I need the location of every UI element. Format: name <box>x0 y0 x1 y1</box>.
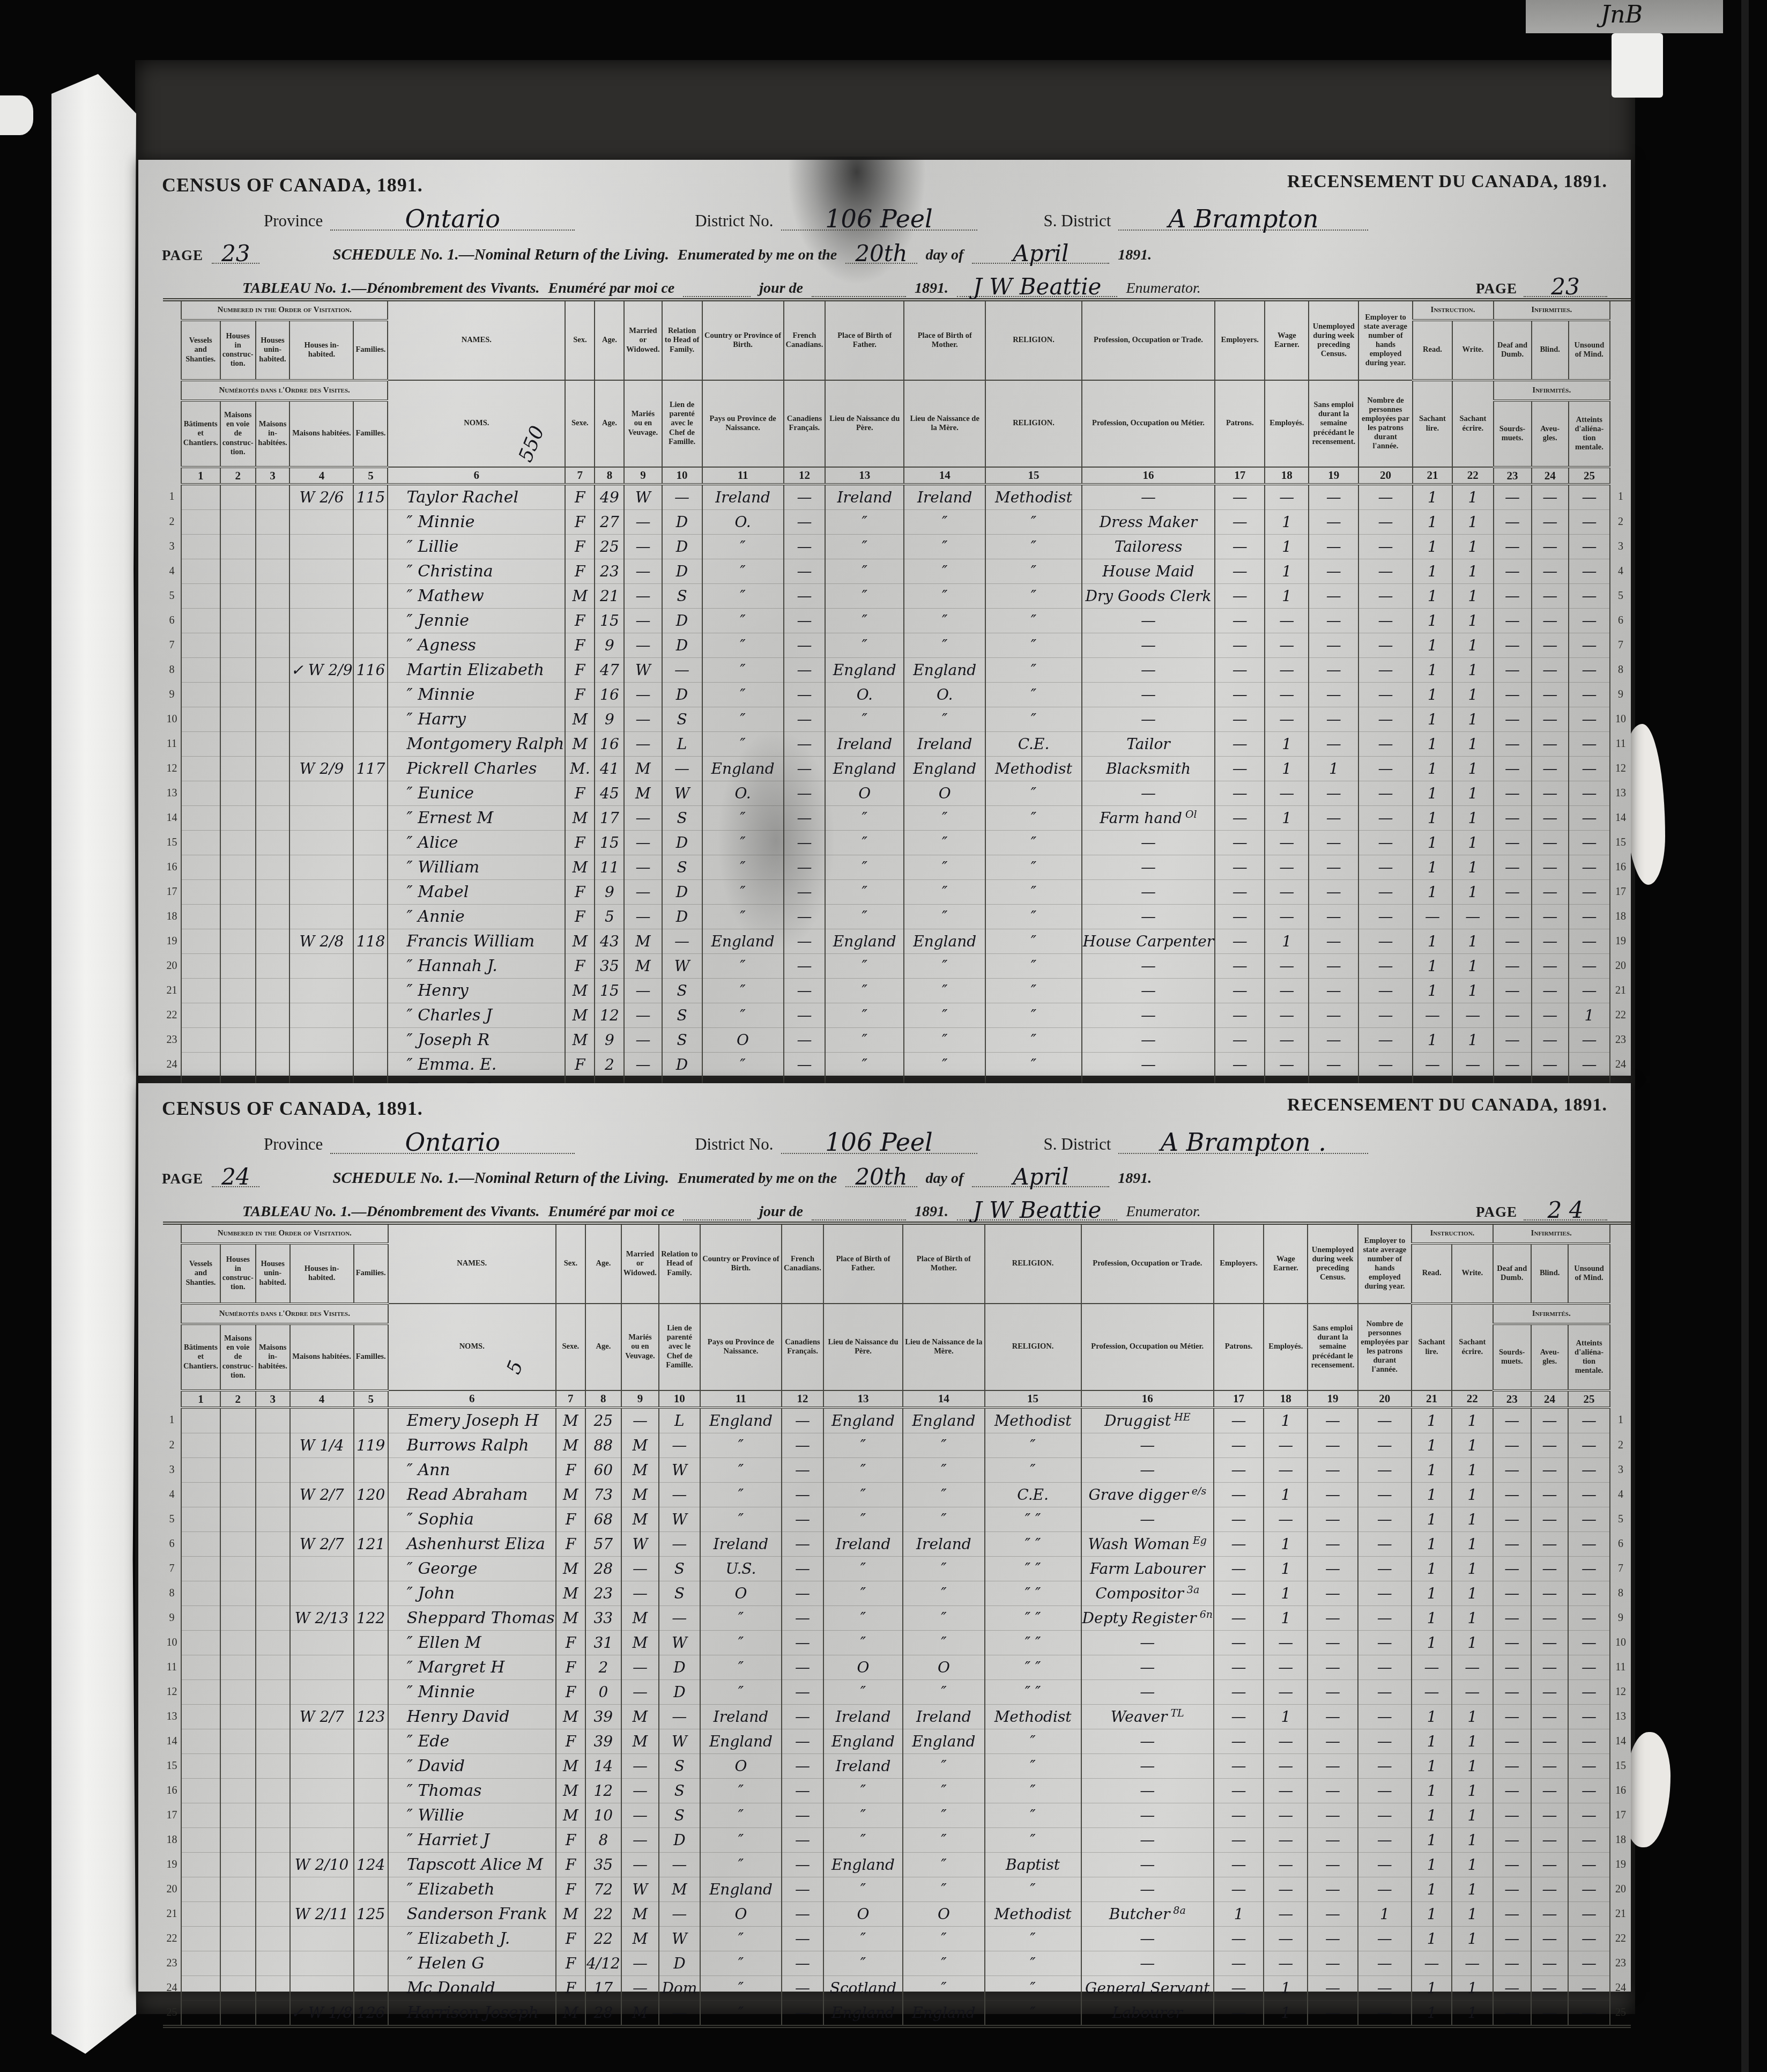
data-cell: — <box>784 510 826 535</box>
data-cell: — <box>624 584 662 609</box>
column-number: 12 <box>782 1390 823 1408</box>
data-cell <box>256 535 290 559</box>
data-cell <box>220 757 256 781</box>
data-cell: Tailor <box>1082 732 1215 757</box>
data-cell <box>290 1828 354 1853</box>
occupation-annotation: 6n <box>1200 1609 1213 1620</box>
data-cell: — <box>1568 1877 1609 1902</box>
data-cell: — <box>1358 707 1412 732</box>
data-cell <box>256 1729 290 1754</box>
data-cell: S <box>662 584 702 609</box>
data-cell: 1 <box>1413 484 1453 510</box>
data-cell: D <box>659 1655 700 1680</box>
column-header: French Canadians. <box>782 1223 823 1304</box>
data-cell: — <box>1493 1433 1531 1458</box>
table-row: 6W 2/7121Ashenhurst ElizaF57W—Ireland—Ir… <box>163 1532 1631 1557</box>
data-cell: ″ <box>823 1557 903 1581</box>
data-cell: ″ <box>702 880 784 905</box>
data-cell: ″ <box>904 633 985 658</box>
data-cell: D <box>662 683 702 707</box>
data-cell <box>256 510 290 535</box>
data-cell: F <box>556 1507 585 1532</box>
page-title-french: RECENSEMENT DU CANADA, 1891. <box>1287 1095 1607 1115</box>
column-header: Country or Province of Birth. <box>702 300 784 380</box>
data-cell: — <box>1569 484 1610 510</box>
data-cell: ″ <box>702 633 784 658</box>
data-cell <box>289 584 353 609</box>
data-cell: — <box>621 1803 659 1828</box>
data-cell: F <box>556 1828 585 1853</box>
data-cell: — <box>784 535 826 559</box>
data-cell: — <box>782 1606 823 1631</box>
data-cell: — <box>1494 1003 1532 1028</box>
data-cell: Ireland <box>903 1705 984 1729</box>
data-cell: 1 <box>1452 1483 1493 1507</box>
data-cell: — <box>1532 484 1569 510</box>
data-cell: — <box>1531 1483 1569 1507</box>
row-number: 14 <box>163 806 181 831</box>
data-cell: — <box>1265 855 1309 880</box>
data-cell: — <box>1215 905 1265 929</box>
data-cell <box>354 1927 388 1951</box>
data-cell: 1 <box>1264 1532 1308 1557</box>
data-cell: ″ <box>985 1053 1082 1077</box>
data-cell <box>220 1951 256 1976</box>
data-cell: 12 <box>585 1779 621 1803</box>
row-number: 19 <box>163 1853 181 1877</box>
data-cell: 72 <box>585 1877 621 1902</box>
data-cell <box>220 510 256 535</box>
data-cell: ✓ W 2/9 <box>289 658 353 683</box>
data-cell <box>353 831 388 855</box>
data-cell <box>181 1729 220 1754</box>
data-cell: England <box>700 1877 782 1902</box>
row-number: 2 <box>1610 1433 1631 1458</box>
data-cell: F <box>565 609 595 633</box>
column-number: 25 <box>1569 467 1610 484</box>
data-cell: — <box>1532 510 1569 535</box>
data-cell: ″ <box>985 1028 1082 1053</box>
data-cell <box>290 1927 354 1951</box>
data-cell: 68 <box>585 1507 621 1532</box>
data-cell: WeaverTL <box>1081 1705 1214 1729</box>
column-header: Place of Birth of Mother. <box>904 300 985 380</box>
data-cell: — <box>1494 880 1532 905</box>
table-row: 17″ MabelF9—D″—″″″—————11———17 <box>163 880 1631 905</box>
column-header-fr: Sachant écrire. <box>1452 1304 1493 1390</box>
name-cell: ″ Eunice <box>388 781 565 806</box>
data-cell <box>256 1507 290 1532</box>
data-cell: — <box>1568 1532 1609 1557</box>
data-cell: England <box>903 2001 984 2027</box>
data-cell: 1 <box>1452 1433 1493 1458</box>
row-number: 5 <box>163 1507 181 1532</box>
data-cell <box>220 1433 256 1458</box>
data-cell: M <box>621 1483 659 1507</box>
column-header: Country or Province of Birth. <box>700 1223 782 1304</box>
name-cell: Montgomery Ralph <box>388 732 565 757</box>
data-cell: M <box>556 1408 585 1433</box>
data-cell <box>353 707 388 732</box>
data-cell <box>181 484 220 510</box>
data-cell: — <box>1308 1581 1357 1606</box>
data-cell: — <box>1215 1053 1265 1077</box>
data-cell: W 2/13 <box>290 1606 354 1631</box>
schedule-title: SCHEDULE No. 1.—Nominal Return of the Li… <box>268 246 669 264</box>
row-number: 12 <box>163 1680 181 1705</box>
data-cell <box>256 732 290 757</box>
data-cell: — <box>1532 1053 1569 1077</box>
data-cell: — <box>1358 1803 1412 1828</box>
data-cell: — <box>1308 1729 1357 1754</box>
film-notch <box>0 95 33 135</box>
data-cell: O <box>904 781 985 806</box>
row-number: 21 <box>1610 1902 1631 1927</box>
data-cell: ″ <box>825 855 904 880</box>
data-cell <box>256 1927 290 1951</box>
data-cell: W 2/8 <box>289 929 353 954</box>
data-cell: — <box>1308 1877 1357 1902</box>
data-cell: — <box>1532 535 1569 559</box>
data-cell: F <box>565 831 595 855</box>
data-cell: — <box>1358 1507 1412 1532</box>
jour-de-label: jour de <box>759 1203 803 1220</box>
data-cell: England <box>702 757 784 781</box>
data-cell: — <box>1493 1853 1531 1877</box>
data-cell: ″ <box>702 683 784 707</box>
data-cell: — <box>1215 954 1265 979</box>
data-cell: 125 <box>354 1902 388 1927</box>
group-visitation-fr: Numérotés dans l'Ordre des Visites. <box>181 1304 388 1324</box>
data-cell: 1 <box>1264 2001 1308 2027</box>
data-cell: D <box>662 559 702 584</box>
data-cell: Ireland <box>702 484 784 510</box>
data-cell <box>289 609 353 633</box>
data-cell: 1 <box>1413 806 1453 831</box>
data-cell: S <box>662 979 702 1003</box>
column-header: Write. <box>1452 1244 1493 1304</box>
data-cell: — <box>784 806 826 831</box>
data-cell: — <box>1082 1028 1215 1053</box>
data-cell: 1 <box>1412 1828 1452 1853</box>
data-cell: Ireland <box>823 1754 903 1779</box>
data-cell: — <box>1358 757 1412 781</box>
data-cell: — <box>1265 609 1309 633</box>
row-number-gutter <box>163 1223 181 1390</box>
data-cell: M <box>565 855 595 880</box>
column-header-fr: Nombre de personnes employées par les pa… <box>1358 380 1412 467</box>
data-cell: — <box>659 1532 700 1557</box>
column-header-fr: Lien de parenté avec le Chef de Famille. <box>659 1304 700 1390</box>
data-cell: — <box>659 1902 700 1927</box>
data-cell <box>220 1803 256 1828</box>
data-cell: — <box>1215 806 1265 831</box>
data-cell: — <box>1309 732 1358 757</box>
data-cell: — <box>1452 1003 1493 1028</box>
data-cell: — <box>784 905 826 929</box>
page-header: CENSUS OF CANADA, 1891. RECENSEMENT DU C… <box>138 1083 1631 1217</box>
data-cell <box>256 559 290 584</box>
data-cell: — <box>1531 1532 1569 1557</box>
data-cell <box>256 1581 290 1606</box>
data-cell: — <box>1413 1003 1453 1028</box>
enumerator-label: Enumerator. <box>1126 280 1200 297</box>
data-cell: M <box>621 1507 659 1532</box>
column-header-fr: NOMS.550 <box>388 380 565 467</box>
data-cell: M <box>659 1877 700 1902</box>
column-header: Sex. <box>556 1223 585 1304</box>
data-cell <box>220 1532 256 1557</box>
data-cell: ″ <box>903 1433 984 1458</box>
data-cell <box>181 1853 220 1877</box>
data-cell: 1 <box>1452 1779 1493 1803</box>
data-cell: 15 <box>595 609 624 633</box>
data-cell: — <box>659 2001 700 2027</box>
column-number: 10 <box>659 1390 700 1408</box>
data-cell: W <box>659 1729 700 1754</box>
column-header: Blind. <box>1531 1244 1569 1304</box>
data-cell: — <box>782 1655 823 1680</box>
data-cell: ″ <box>985 855 1082 880</box>
name-cell: ″ Ann <box>388 1458 556 1483</box>
data-cell: S <box>659 1557 700 1581</box>
data-cell: — <box>624 831 662 855</box>
data-cell: — <box>1531 2001 1569 2027</box>
data-cell <box>353 954 388 979</box>
data-cell <box>256 1532 290 1557</box>
data-cell: — <box>1264 1927 1308 1951</box>
data-cell: — <box>1309 658 1358 683</box>
data-cell: Grave diggere/s <box>1081 1483 1214 1507</box>
data-cell <box>220 1680 256 1705</box>
data-cell: — <box>1264 1680 1308 1705</box>
row-number: 11 <box>1610 732 1631 757</box>
data-cell: Ireland <box>700 1705 782 1729</box>
page-header: CENSUS OF CANADA, 1891. RECENSEMENT DU C… <box>138 160 1631 294</box>
data-cell <box>256 1803 290 1828</box>
data-cell: 1 <box>1413 633 1453 658</box>
data-cell: 1 <box>1413 510 1453 535</box>
row-number: 24 <box>1610 1976 1631 2001</box>
name-cell: ″ Hannah J. <box>388 954 565 979</box>
data-cell: ″ <box>904 559 985 584</box>
data-cell: ″ <box>903 1458 984 1483</box>
data-cell: — <box>1264 1433 1308 1458</box>
data-cell: — <box>624 683 662 707</box>
data-cell: ″ <box>702 535 784 559</box>
row-number: 7 <box>163 1557 181 1581</box>
data-cell: — <box>784 584 826 609</box>
data-cell: 1 <box>1413 831 1453 855</box>
jour-de-label: jour de <box>759 280 803 297</box>
data-cell: D <box>659 1680 700 1705</box>
data-cell: — <box>1494 905 1532 929</box>
data-cell: ″ <box>985 1433 1081 1458</box>
data-cell: — <box>1358 1408 1412 1433</box>
table-row: 8″ JohnM23—SO—″″″ ″Compositor3a—1——11———… <box>163 1581 1631 1606</box>
data-cell: ″ <box>903 1581 984 1606</box>
data-cell: 119 <box>354 1433 388 1458</box>
data-cell: C.E. <box>985 732 1082 757</box>
data-cell: — <box>782 1803 823 1828</box>
data-cell: — <box>1568 1680 1609 1705</box>
data-cell: M <box>556 1557 585 1581</box>
data-cell: — <box>662 929 702 954</box>
data-cell: Methodist <box>985 1705 1081 1729</box>
data-cell: — <box>1532 781 1569 806</box>
column-header: Married or Widowed. <box>624 300 662 380</box>
data-cell: — <box>1264 1729 1308 1754</box>
data-cell: 1 <box>1413 1028 1453 1053</box>
data-cell: — <box>624 732 662 757</box>
data-cell: — <box>1568 1902 1609 1927</box>
data-cell <box>220 609 256 633</box>
data-cell: ″ <box>904 905 985 929</box>
data-cell: — <box>1082 1003 1215 1028</box>
row-number-gutter <box>163 1390 181 1408</box>
data-cell: W 2/10 <box>290 1853 354 1877</box>
data-cell: ″ <box>904 831 985 855</box>
page-number-value-right: 23 <box>1524 278 1607 297</box>
data-cell <box>256 1877 290 1902</box>
data-cell: F <box>565 1053 595 1077</box>
name-cell: ″ Elizabeth J. <box>388 1927 556 1951</box>
row-number: 6 <box>1610 609 1631 633</box>
data-cell: 118 <box>353 929 388 954</box>
data-cell: — <box>624 1028 662 1053</box>
data-cell: M <box>621 1458 659 1483</box>
data-cell: — <box>1531 1927 1569 1951</box>
data-cell: — <box>1531 1951 1569 1976</box>
data-cell: — <box>784 609 826 633</box>
data-cell <box>220 683 256 707</box>
data-cell: — <box>784 658 826 683</box>
column-number: 1 <box>181 467 220 484</box>
data-cell: — <box>662 757 702 781</box>
column-number: 8 <box>595 467 624 484</box>
data-cell: — <box>1214 1433 1264 1458</box>
data-cell: 126 <box>354 2001 388 2027</box>
group-infirmities-en: Infirmities. <box>1493 1223 1610 1244</box>
data-cell <box>220 831 256 855</box>
name-cell: Francis William <box>388 929 565 954</box>
data-cell: — <box>1493 1803 1531 1828</box>
row-number-gutter <box>1610 300 1631 467</box>
data-cell: W 2/7 <box>290 1483 354 1507</box>
row-number: 6 <box>163 609 181 633</box>
data-cell: — <box>1452 1655 1493 1680</box>
column-number: 12 <box>784 467 826 484</box>
data-cell: — <box>1568 1828 1609 1853</box>
table-row: 11Montgomery RalphM16—L″—IrelandIrelandC… <box>163 732 1631 757</box>
data-cell: — <box>1531 1433 1569 1458</box>
data-cell: 9 <box>595 1028 624 1053</box>
column-header: Place of Birth of Mother. <box>903 1223 984 1304</box>
data-cell <box>290 1507 354 1532</box>
data-cell: ″ <box>985 609 1082 633</box>
data-cell: — <box>1082 633 1215 658</box>
data-cell: — <box>1082 781 1215 806</box>
data-cell: F <box>565 633 595 658</box>
data-cell <box>181 1705 220 1729</box>
data-cell: — <box>1358 584 1412 609</box>
data-cell <box>181 1557 220 1581</box>
row-number: 22 <box>163 1003 181 1028</box>
table-row: 22″ Elizabeth J.F22MW″—″″″—————11———22 <box>163 1927 1631 1951</box>
data-cell: — <box>1569 559 1610 584</box>
data-cell: W 2/6 <box>289 484 353 510</box>
row-number: 9 <box>1610 683 1631 707</box>
data-cell: Tailoress <box>1082 535 1215 559</box>
data-cell <box>290 1877 354 1902</box>
column-header: Relation to Head of Family. <box>659 1223 700 1304</box>
data-cell: 1 <box>1452 1902 1493 1927</box>
row-number: 16 <box>1610 1779 1631 1803</box>
data-cell: — <box>1082 609 1215 633</box>
data-cell: — <box>1215 1003 1265 1028</box>
data-cell: — <box>624 609 662 633</box>
data-cell: — <box>1358 633 1412 658</box>
data-cell <box>256 1951 290 1976</box>
row-number: 2 <box>163 510 181 535</box>
data-cell: 124 <box>354 1853 388 1877</box>
data-cell: M <box>621 1631 659 1655</box>
data-cell: — <box>1494 781 1532 806</box>
column-header: Employer to state average number of hand… <box>1358 1223 1412 1304</box>
data-cell: 1 <box>1452 757 1493 781</box>
row-number: 3 <box>1610 1458 1631 1483</box>
table-row: 15″ DavidM14—SO—Ireland″″—————11———15 <box>163 1754 1631 1779</box>
data-cell: — <box>1569 757 1610 781</box>
data-cell: 1 <box>1452 1976 1493 2001</box>
data-cell: ″ <box>702 559 784 584</box>
data-cell: 1 <box>1412 1458 1452 1483</box>
data-cell: — <box>624 535 662 559</box>
data-cell: — <box>1215 683 1265 707</box>
handwritten-scribble: 550 <box>515 423 550 466</box>
data-cell: — <box>1082 658 1215 683</box>
group-infirmities-fr: Infirmités. <box>1493 1304 1610 1324</box>
data-cell: S <box>662 707 702 732</box>
row-number: 9 <box>163 683 181 707</box>
column-header: Wage Earner. <box>1265 300 1309 380</box>
data-cell: 1 <box>1452 1631 1493 1655</box>
data-cell: — <box>1309 880 1358 905</box>
data-cell: ″ <box>985 1951 1081 1976</box>
data-cell: Ireland <box>823 1705 903 1729</box>
data-cell: — <box>1265 831 1309 855</box>
data-cell: England <box>823 1408 903 1433</box>
data-cell <box>353 905 388 929</box>
column-number: 11 <box>702 467 784 484</box>
data-cell: ″ <box>904 609 985 633</box>
column-header-fr: Atteints d'aliéna- tion mentale. <box>1568 1324 1609 1390</box>
data-cell: ″ <box>700 1976 782 2001</box>
data-cell: F <box>565 484 595 510</box>
name-cell: Mc Donald <box>388 1976 556 2001</box>
data-cell: — <box>1308 1532 1357 1557</box>
data-cell: 1 <box>1452 1729 1493 1754</box>
data-cell: — <box>1081 1729 1214 1754</box>
data-cell: — <box>1358 831 1412 855</box>
data-cell: 1 <box>1412 1532 1452 1557</box>
column-header: Houses unin- habited. <box>256 1244 290 1304</box>
data-cell <box>354 1976 388 2001</box>
data-cell: 1 <box>1452 732 1493 757</box>
row-number-gutter <box>163 467 181 484</box>
data-cell: — <box>1412 1680 1452 1705</box>
data-cell: — <box>621 1680 659 1705</box>
